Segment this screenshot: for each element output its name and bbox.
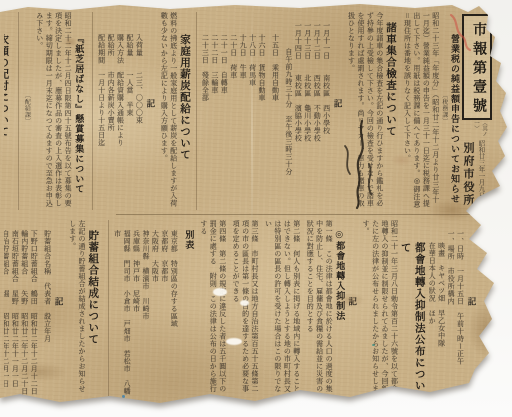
table-row: 自治貯蓄組合 堀 昭和廿二年十二月一日	[4, 220, 10, 396]
law-title: ◎都會地轉入抑制法	[333, 220, 345, 396]
ki-marker: 記	[143, 12, 154, 210]
scan-background: 市報第壹號 （其ノ一） 昭和廿三年一月九日 別府市役所 營業税の純益額申告につい…	[0, 0, 512, 417]
article-headline: 家庭用薪炭配給について	[178, 12, 192, 210]
paper-shadow: 市報第壹號 （其ノ一） 昭和廿三年一月九日 別府市役所 營業税の純益額申告につい…	[0, 0, 512, 417]
ki-marker: 記	[52, 220, 63, 396]
schedule-row: 二十二日 三輪車	[209, 12, 218, 210]
schedule-row: 十五日 乘用自動車	[270, 12, 279, 210]
article-body: 左記の通り貯蓄組合が結成されましたからお知らせします。	[67, 220, 86, 396]
beppyo-row: 東京都 特別區の存する區域	[169, 220, 178, 396]
article-body: 燃料の拂底より一般家庭用として薪炭を配給しますが入荷數も少ないから左記により購入…	[159, 12, 178, 210]
schedule-row: 一月十二日 西校區 不動小學校	[312, 12, 321, 210]
schedule-row: 一月十四日 東校區 濱脇小學校	[293, 12, 302, 210]
ki-marker: 記	[345, 220, 356, 396]
fold-crease	[251, 8, 253, 396]
schedule-row: 十六日 貨物自動車	[257, 12, 266, 210]
ink-speck	[372, 344, 375, 346]
beppyo-row: 福岡縣 門司市 小倉市 戸畑市 若松市 八幡市	[112, 220, 131, 396]
law-article: 第四條 第二條の規定に違反した者は五千圓以下の罰金に處する 附則 この法律は公布…	[198, 220, 226, 396]
list-item: 配給量 一人當 半束	[125, 12, 134, 210]
law-article: 第一條 この法律は都會地に於ける人口の過度の集中を防止し、住宅、雇傭及び食糧の需…	[305, 220, 333, 396]
table-row: 輪内貯蓄組合 矢野 昭和廿二年十二月二十日	[19, 220, 28, 396]
masthead-note: （其ノ一）	[472, 120, 488, 138]
ink-speck	[122, 395, 125, 398]
article-body: 昭和二十二年十二月四日限第四十五號布告を以て募集の要項を決定しましたが、應募作品…	[34, 12, 72, 210]
table-header: 貯蓄組合名稱 代表者 設立年月	[42, 220, 51, 396]
top-band: 市報第壹號 （其ノ一） 昭和廿三年一月九日 別府市役所 營業税の純益額申告につい…	[4, 12, 496, 210]
handwritten-signature	[332, 116, 384, 211]
office-name: 別府市役所	[460, 140, 476, 210]
article-body: 昭和二十三年「年度分」（昭和廿二年十二月より廿三年十一月迄）營業純益額の申告を一…	[402, 12, 440, 210]
article-headline: 貯蓄組合結成について	[86, 220, 100, 396]
article-body: 昭和二十一年三月八日勅令第百二十六號を以て都會地轉入の抑制並に制限せられてゐまし…	[361, 220, 399, 396]
article-kamishibai: 『紙芝居ばなし』懸賞募集について 昭和二十二年十二月四日限第四十五號布告を以て募…	[18, 12, 84, 210]
schedule-row: 二十三日 殘餘全部	[200, 12, 209, 210]
schedule-time: 自午前九時三十分 至午後三時三十分	[283, 12, 292, 210]
list-item: 入荷量 二三、〇〇〇束	[134, 12, 143, 210]
schedule-row: 一月十三日 北校區 龜川小學校	[302, 12, 311, 210]
beppyo-row: 京都府 京都市	[159, 220, 168, 396]
list-item: 配給期間 一月十日より十五日迄	[96, 12, 105, 210]
paper-damage-spot	[226, 338, 242, 345]
article-event: 記 一、日時 一月十五日 午前十時ー正午 一、場所 市役所構内 映畫 キヤベツ畑…	[427, 220, 476, 396]
list-item: 購入方法 配給資購入通帳により	[115, 12, 124, 210]
bottom-band: 記 一、日時 一月十五日 午前十時ー正午 一、場所 市役所構内 映畫 キヤベツ畑…	[4, 220, 480, 396]
article-headline: 衣類の配付について	[4, 12, 10, 210]
article-firewood: 家庭用薪炭配給について 燃料の拂底より一般家庭用として薪炭を配給しますが入荷數も…	[92, 12, 192, 210]
newspaper-page: 市報第壹號 （其ノ一） 昭和廿三年一月九日 別府市役所 營業税の純益額申告につい…	[0, 0, 512, 417]
article-headline: 『紙芝居ばなし』懸賞募集について	[72, 12, 84, 210]
table-row: 南石垣貯蓄組合 星野 昭和廿二年十一月一日	[10, 220, 19, 396]
list-item: 配給所 市内各薪炭小賣所	[106, 12, 115, 210]
beppyo-row: 兵庫縣 神戸市 尼崎市	[131, 220, 140, 396]
schedule-row: 二十一日 自轉車	[219, 12, 228, 210]
issue-date: 昭和廿三年一月九日	[476, 140, 486, 210]
list-item: 映畫 キヤベツ畑 早乙女中隊	[436, 220, 445, 396]
dept-label: 〔配給課〕	[22, 12, 30, 210]
list-item: 一、場所 市役所構内	[446, 220, 455, 396]
article-clothing: 衣類の配付について 左記により衣類の配付をします。今回の分は數量に限りがあります…	[4, 12, 10, 210]
beppyo-row: 大阪府 大阪市	[150, 220, 159, 396]
table-row: 下野口貯蓄組合 鶴田 昭和廿二年十二月十二日	[29, 220, 38, 396]
paper-damage-spot	[213, 288, 227, 296]
list-item: 在華日本人の狀況 ほか	[427, 220, 436, 396]
masthead-sub: 昭和廿三年一月九日 別府市役所	[460, 140, 486, 210]
beppyo-row: 神奈川縣 横濱市 川崎市	[141, 220, 150, 396]
article-savings: 貯蓄組合結成について 左記の通り貯蓄組合が結成されましたからお知らせします。 記…	[4, 220, 100, 396]
dept-label: 〔税務課〕	[440, 12, 448, 210]
band-divider	[116, 214, 472, 215]
ki-marker: 記	[465, 220, 476, 396]
article-headline: 都會地轉入抑制法公布について	[398, 220, 426, 396]
article-headline: 諸車集合檢査について	[384, 12, 398, 210]
law-article: 第三條 市町村長又は地方自治法第百五十五條第二項の市の區長は第一條の目的を達する…	[231, 220, 259, 396]
law-article: 第二條 何人も別表に掲げる地域内に轉入することはできない。但し轉入しようとする地…	[263, 220, 301, 396]
schedule-row: 二十日 荷車	[228, 12, 237, 210]
article-transfer-law: 都會地轉入抑制法公布について 昭和二十一年三月八日勅令第百二十六號を以て都會地轉…	[108, 220, 427, 396]
paper-damage-spot	[240, 300, 249, 306]
list-item: 一、日時 一月十五日 午前十時ー正午	[455, 220, 464, 396]
red-pencil-mark	[448, 12, 474, 52]
schedule-row: 一月十一日 南校區 西小學校	[321, 12, 330, 210]
beppyo-label: 別表	[182, 220, 194, 396]
schedule-row: 十九日 牛車	[238, 12, 247, 210]
